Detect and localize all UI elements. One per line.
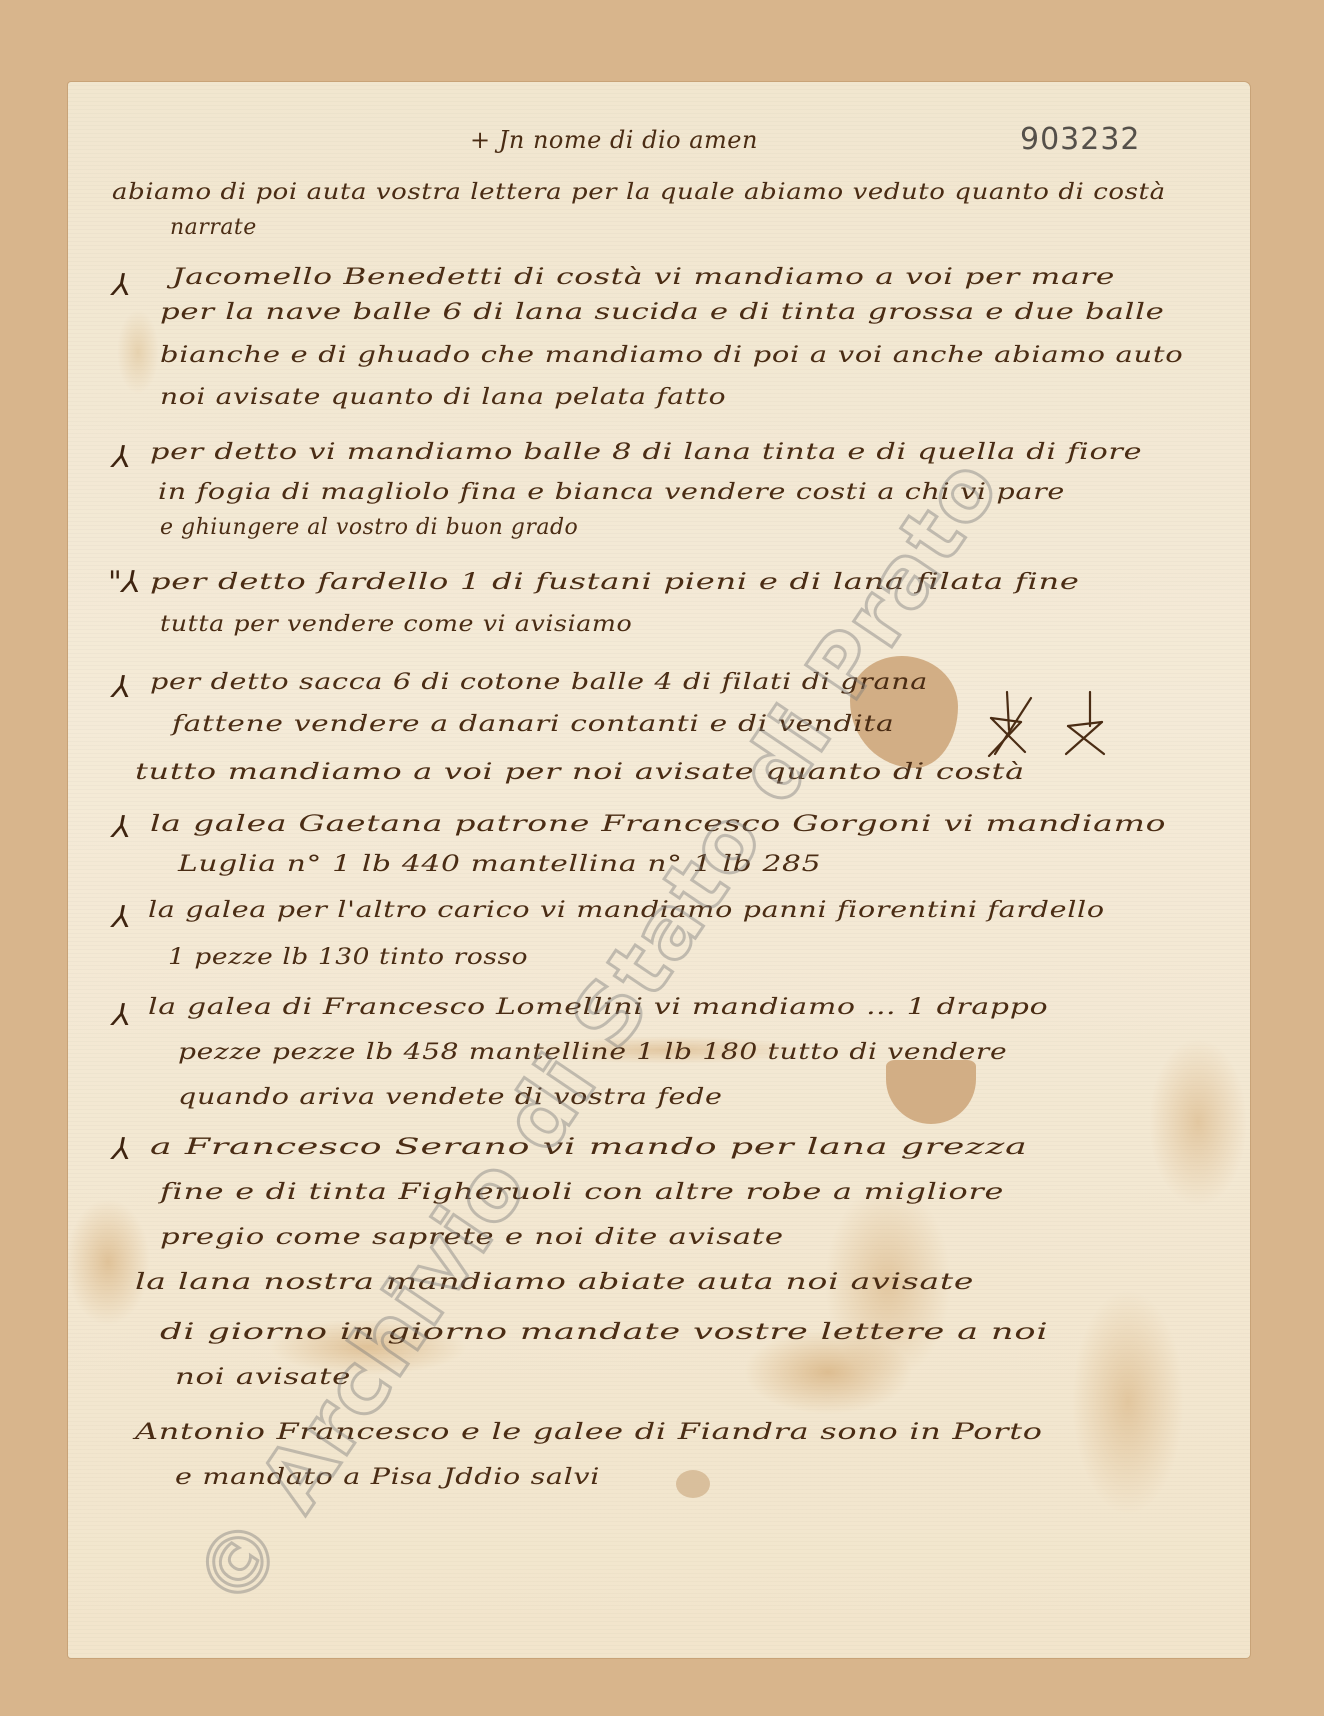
text-line: la galea Gaetana patrone Francesco Gorgo… [150, 812, 1166, 837]
text-line: tutto mandiamo a voi per noi avisate qua… [135, 760, 1025, 785]
text-line: fine e di tinta Figheruoli con altre rob… [160, 1180, 1004, 1205]
text-line: quando ariva vendete di vostra fede [178, 1085, 723, 1110]
margin-mark: ⅄ [112, 440, 130, 475]
text-line: 1 pezze lb 130 tinto rosso [168, 945, 528, 970]
text-line: tutta per vendere come vi avisiamo [160, 612, 632, 637]
margin-mark: ⅄ [112, 810, 130, 845]
text-line: noi avisate quanto di lana pelata fatto [160, 385, 726, 410]
text-line: di giorno in giorno mandate vostre lette… [160, 1320, 1048, 1345]
paper-stain [676, 1470, 710, 1498]
margin-mark: ⅄ [112, 900, 130, 935]
text-line: per detto vi mandiamo balle 8 di lana ti… [150, 440, 1142, 465]
margin-mark: ⅄ [112, 670, 130, 705]
merchant-mark-icon [985, 690, 1035, 760]
merchant-mark-icon [1060, 690, 1110, 760]
text-line: Jacomello Benedetti di costà vi mandiamo… [172, 265, 1115, 290]
text-line: la lana nostra mandiamo abiate auta noi … [135, 1270, 974, 1295]
text-line: e ghiungere al vostro di buon grado [160, 515, 578, 540]
text-line: narrate [170, 215, 257, 240]
text-line: a Francesco Serano vi mando per lana gre… [150, 1135, 1028, 1160]
letter-invocation: + Jn nome di dio amen [470, 126, 758, 154]
text-line: bianche e di ghuado che mandiamo di poi … [160, 343, 1183, 368]
catalog-number: 903232 [1020, 122, 1141, 157]
text-line: per la nave balle 6 di lana sucida e di … [160, 300, 1165, 325]
margin-mark: ⅄ [112, 268, 130, 303]
margin-mark: ⅄ [112, 1132, 130, 1167]
text-line: abiamo di poi auta vostra lettera per la… [112, 180, 1166, 205]
margin-mark: "⅄ [108, 565, 140, 600]
margin-mark: ⅄ [112, 998, 130, 1033]
